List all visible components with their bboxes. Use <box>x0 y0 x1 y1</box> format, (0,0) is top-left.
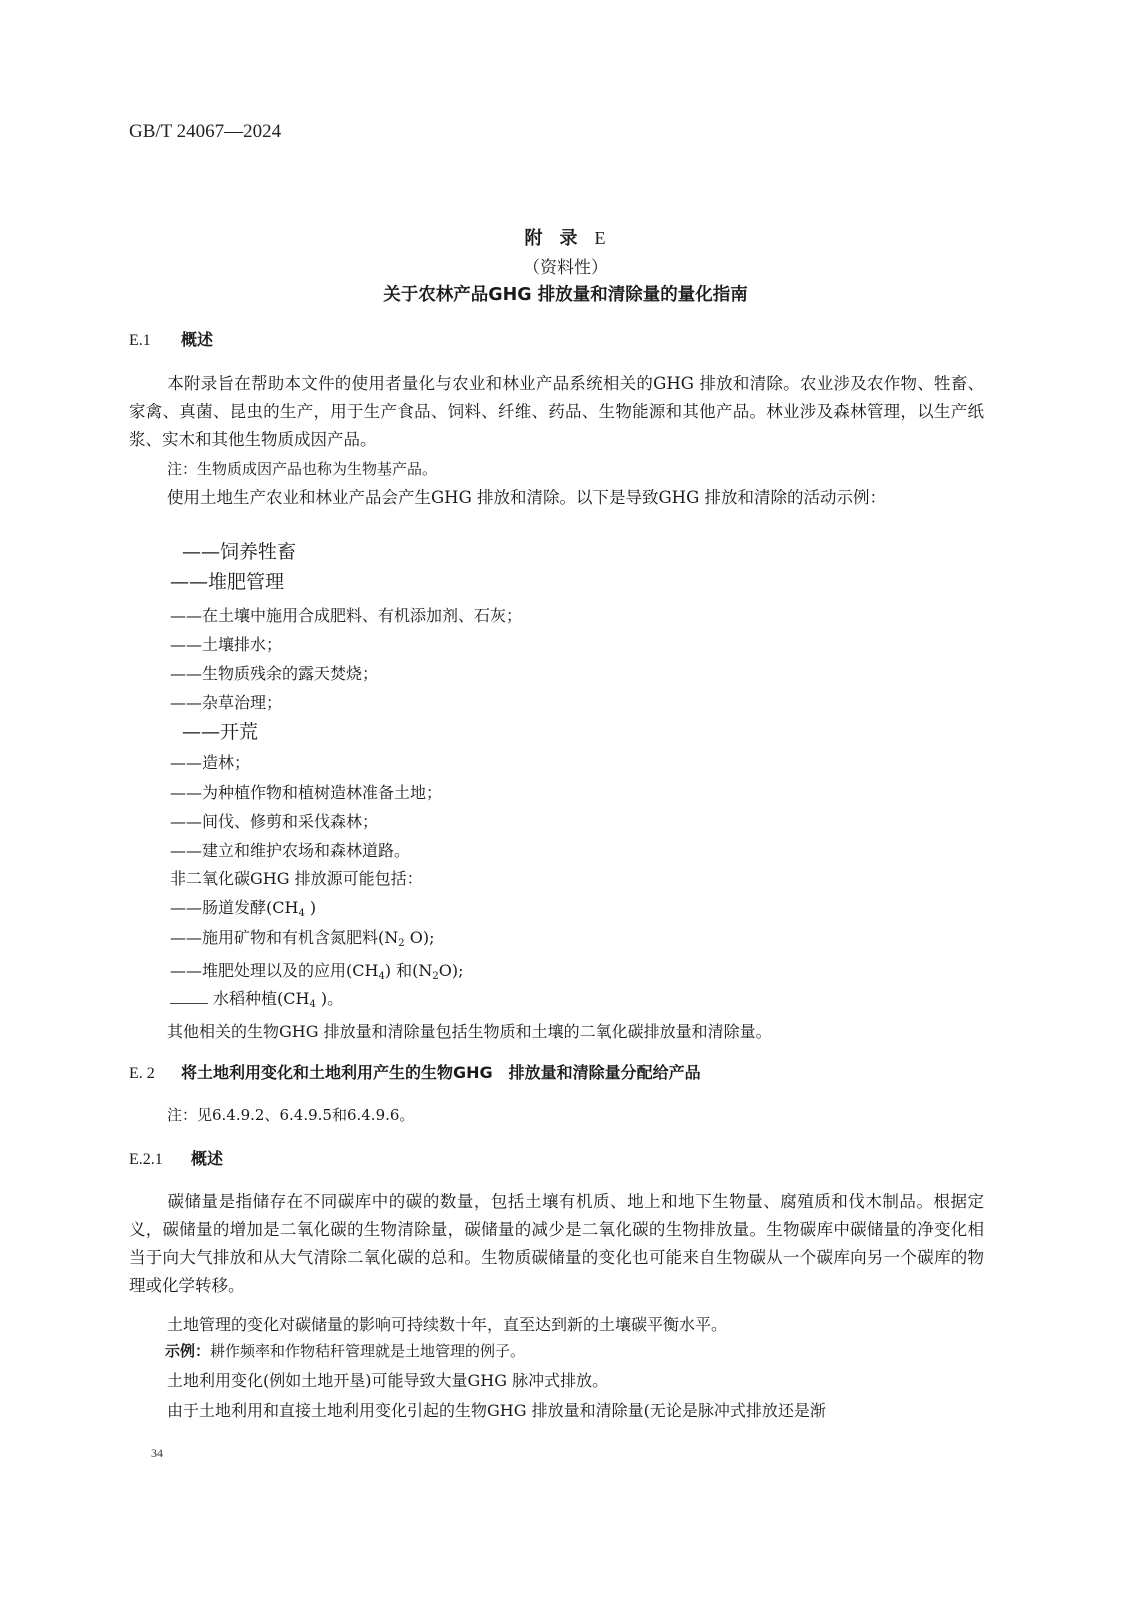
document-id: GB/T 24067—2024 <box>129 121 281 143</box>
activity-item: ——开荒 <box>182 717 258 744</box>
item-text: 水稻种植(CH <box>213 989 309 1008</box>
appendix-type: （资料性） <box>0 253 1131 278</box>
paragraph-text: 碳储量是指储存在不同碳库中的碳的数量，包括土壤有机质、地上和地下生物量、腐殖质和… <box>129 1192 984 1295</box>
section-title: 将土地利用变化和土地利用产生的生物GHG 排放量和清除量分配给产品 <box>181 1063 701 1082</box>
non-co2-item: ——堆肥处理以及的应用(CH4) 和(N2O); <box>170 958 464 982</box>
activity-item: ——杂草治理； <box>170 690 282 713</box>
non-co2-intro: 非二氧化碳GHG 排放源可能包括： <box>170 866 423 889</box>
example-label: 示例： <box>165 1342 210 1360</box>
section-title: 概述 <box>181 330 213 349</box>
activity-item: ——间伐、修剪和采伐森林； <box>170 809 378 832</box>
page-number: 34 <box>151 1446 163 1461</box>
paragraph-land-use-change: 土地利用变化(例如土地开垦)可能导致大量GHG 脉冲式排放。 <box>167 1368 608 1391</box>
item-text: ——肠道发酵(CH <box>170 898 298 917</box>
paragraph-intro: 本附录旨在帮助本文件的使用者量化与农业和林业产品系统相关的GHG 排放和清除。农… <box>129 370 984 454</box>
paragraph-activities-intro: 使用土地生产农业和林业产品会产生GHG 排放和清除。以下是导致GHG 排放和清除… <box>129 484 984 512</box>
item-text: ——施用矿物和有机含氮肥料(N <box>170 928 398 947</box>
paragraph-biogenic-emissions: 由于土地利用和直接土地利用变化引起的生物GHG 排放量和清除量(无论是脉冲式排放… <box>167 1398 826 1421</box>
activity-item: ——造林； <box>170 750 250 773</box>
example-text: 耕作频率和作物秸秆管理就是土地管理的例子。 <box>210 1342 525 1360</box>
item-text: )。 <box>316 989 343 1008</box>
paragraph-land-management: 土地管理的变化对碳储量的影响可持续数十年，直至达到新的土壤碳平衡水平。 <box>167 1312 727 1335</box>
activity-item: ——生物质残余的露天焚烧； <box>170 661 378 684</box>
non-co2-item: ——肠道发酵(CH4 ) <box>170 895 316 919</box>
paragraph-carbon-stock: 碳储量是指储存在不同碳库中的碳的数量，包括土壤有机质、地上和地下生物量、腐殖质和… <box>129 1188 984 1300</box>
item-text: ) 和(N <box>385 961 433 980</box>
section-title: 概述 <box>191 1149 223 1168</box>
blank-line <box>170 991 208 1004</box>
section-number: E. 2 <box>129 1065 181 1083</box>
activity-item: ——堆肥管理 <box>170 567 284 594</box>
activity-item: ——饲养牲畜 <box>182 537 296 564</box>
paragraph-text: 使用土地生产农业和林业产品会产生GHG 排放和清除。以下是导致GHG 排放和清除… <box>167 488 886 507</box>
item-text: ——堆肥处理以及的应用(CH <box>170 961 378 980</box>
section-heading-e2: E. 2将土地利用变化和土地利用产生的生物GHG 排放量和清除量分配给产品 <box>129 1060 701 1083</box>
note-references: 注：见6.4.9.2、6.4.9.5和6.4.9.6。 <box>167 1104 414 1125</box>
paragraph-other-emissions: 其他相关的生物GHG 排放量和清除量包括生物质和土壤的二氧化碳排放量和清除量。 <box>167 1019 772 1042</box>
example: 示例：耕作频率和作物秸秆管理就是土地管理的例子。 <box>165 1340 525 1361</box>
item-text: ) <box>305 898 316 917</box>
activity-item: ——为种植作物和植树造林准备土地； <box>170 780 442 803</box>
section-number: E.1 <box>129 332 181 350</box>
appendix-title: 附录E <box>0 224 1131 250</box>
activity-item: ——建立和维护农场和森林道路。 <box>170 838 410 861</box>
appendix-label-1: 附 <box>525 228 544 249</box>
note-bio-products: 注：生物质成因产品也称为生物基产品。 <box>167 455 1022 483</box>
paragraph-text: 本附录旨在帮助本文件的使用者量化与农业和林业产品系统相关的GHG 排放和清除。农… <box>129 374 984 449</box>
appendix-letter: E <box>595 228 607 248</box>
non-co2-item: 水稻种植(CH4 )。 <box>170 986 343 1010</box>
section-number: E.2.1 <box>129 1151 191 1169</box>
item-text: O); <box>439 961 464 980</box>
section-heading-e21: E.2.1概述 <box>129 1146 223 1169</box>
activity-item: ——在土壤中施用合成肥料、有机添加剂、石灰； <box>170 603 522 626</box>
section-heading-e1: E.1概述 <box>129 327 213 350</box>
appendix-label-2: 录 <box>560 228 579 249</box>
non-co2-item: ——施用矿物和有机含氮肥料(N2 O); <box>170 925 434 949</box>
item-text: O); <box>405 928 435 947</box>
appendix-subtitle: 关于农林产品GHG 排放量和清除量的量化指南 <box>0 281 1131 306</box>
activity-item: ——土壤排水； <box>170 632 282 655</box>
